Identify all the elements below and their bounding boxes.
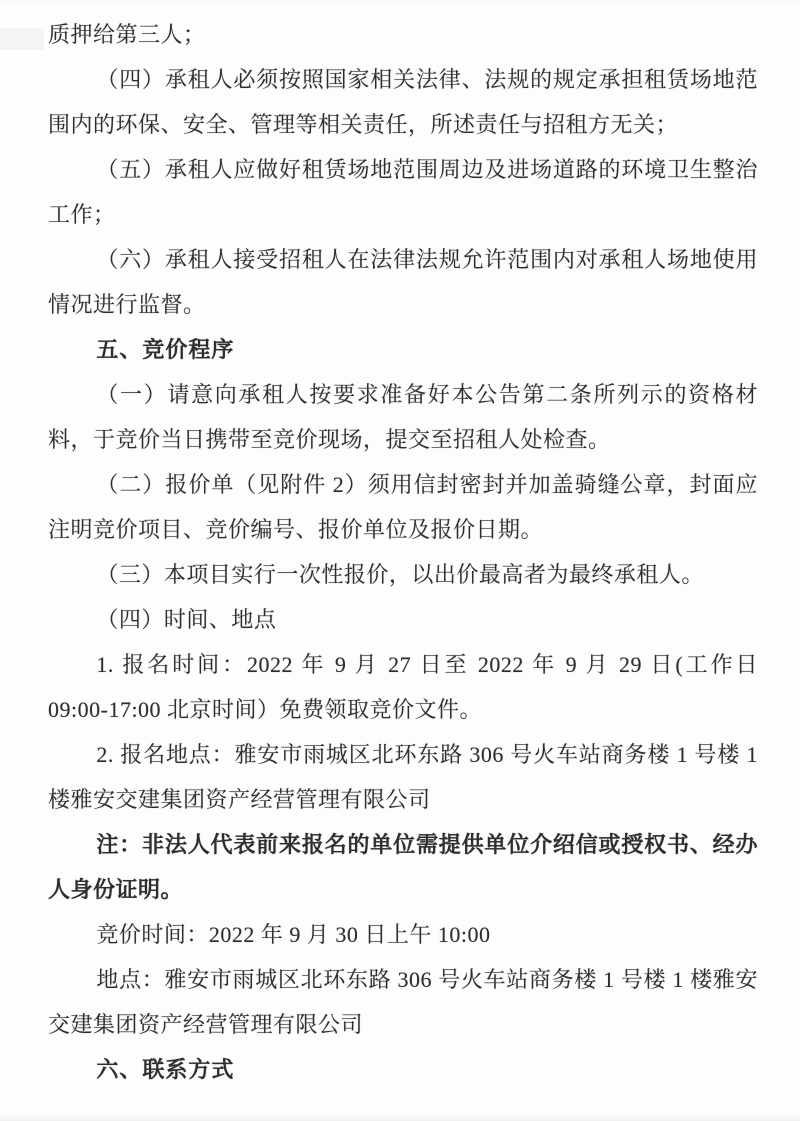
section-6-heading-contact: 六、联系方式 — [48, 1047, 758, 1092]
clause-5-sanitation: （五）承租人应做好租赁场地范围周边及进场道路的环境卫生整治工作； — [48, 147, 758, 237]
clause-4-responsibilities: （四）承租人必须按照国家相关法律、法规的规定承担租赁场地范围内的环保、安全、管理… — [48, 57, 758, 147]
registration-place: 2. 报名地点：雅安市雨城区北环东路 306 号火车站商务楼 1 号楼 1 楼雅… — [48, 732, 758, 822]
section-5-heading-bidding-procedure: 五、竞价程序 — [48, 327, 758, 372]
scan-artifact — [0, 1114, 800, 1121]
auction-time: 竞价时间：2022 年 9 月 30 日上午 10:00 — [48, 912, 758, 957]
note-authorization: 注：非法人代表前来报名的单位需提供单位介绍信或授权书、经办人身份证明。 — [48, 822, 758, 912]
procedure-4-time-place: （四）时间、地点 — [48, 597, 758, 642]
scan-artifact — [0, 28, 44, 50]
clause-6-supervision: （六）承租人接受招租人在法律法规允许范围内对承租人场地使用情况进行监督。 — [48, 237, 758, 327]
registration-time: 1. 报名时间：2022 年 9 月 27 日至 2022 年 9 月 29 日… — [48, 642, 758, 732]
procedure-3-one-time-bid: （三）本项目实行一次性报价，以出价最高者为最终承租人。 — [48, 552, 758, 597]
procedure-2-quotation-envelope: （二）报价单（见附件 2）须用信封密封并加盖骑缝公章，封面应注明竞价项目、竞价编… — [48, 462, 758, 552]
auction-place: 地点：雅安市雨城区北环东路 306 号火车站商务楼 1 号楼 1 楼雅安交建集团… — [48, 957, 758, 1047]
paragraph-pledge-continuation: 质押给第三人； — [48, 12, 758, 57]
document-page: 质押给第三人； （四）承租人必须按照国家相关法律、法规的规定承担租赁场地范围内的… — [0, 0, 800, 1121]
procedure-1-materials: （一）请意向承租人按要求准备好本公告第二条所列示的资格材料，于竞价当日携带至竞价… — [48, 372, 758, 462]
